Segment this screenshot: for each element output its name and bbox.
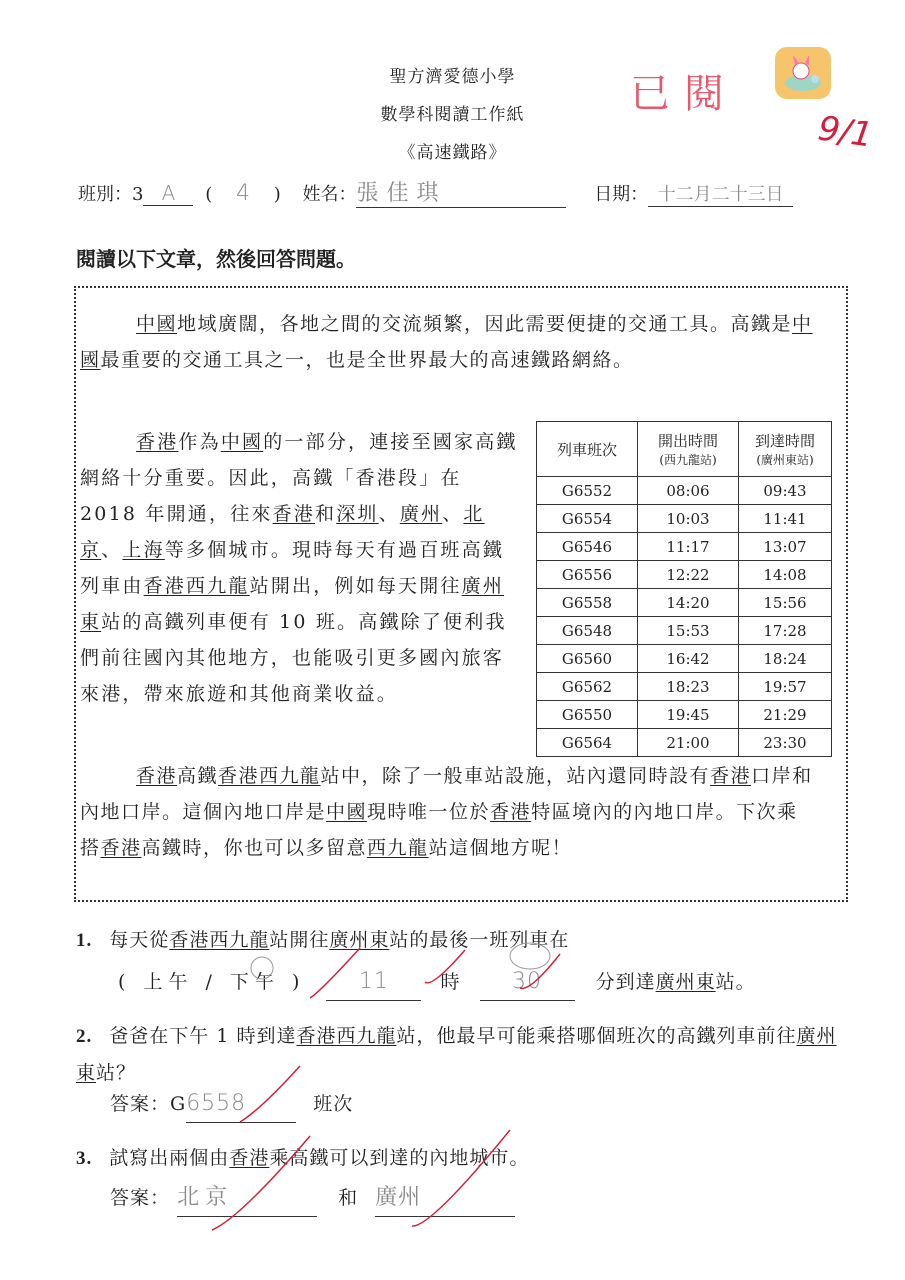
train-timetable: 列車班次 開出時間(西九龍站) 到達時間(廣州東站) G655208:0609:… — [536, 421, 832, 757]
place-name: 香港 — [101, 837, 142, 859]
table-row: G654611:1713:07 — [537, 533, 832, 561]
table-row: G654815:5317:28 — [537, 617, 832, 645]
name-label: 姓名： — [302, 184, 356, 205]
arrival-time: 09:43 — [739, 477, 832, 505]
departure-time: 14:20 — [638, 589, 739, 617]
place-name: 中國 — [136, 313, 177, 335]
passage-text: 站這個地方呢！ — [429, 837, 573, 859]
departure-time: 16:42 — [638, 645, 739, 673]
passage-text: 地域廣闊，各地之間的交流頻繁，因此需要便捷的交通工具。高鐵是 — [177, 313, 792, 335]
score-mark: 9/1 — [815, 108, 875, 155]
col-header-train: 列車班次 — [537, 422, 638, 477]
arrival-time: 11:41 — [739, 505, 832, 533]
school-name: 聖方濟愛德小學 — [0, 62, 905, 87]
train-number: G6548 — [537, 617, 638, 645]
train-number: G6546 — [537, 533, 638, 561]
train-number: G6560 — [537, 645, 638, 673]
place-name: 深圳 — [336, 503, 378, 525]
arrival-time: 14:08 — [739, 561, 832, 589]
date-field[interactable]: 十二月二十三日 — [648, 180, 793, 207]
table-row: G656016:4218:24 — [537, 645, 832, 673]
grading-check-icon — [200, 1110, 560, 1240]
train-number: G6554 — [537, 505, 638, 533]
col-header-depart: 開出時間(西九龍站) — [638, 422, 739, 477]
passage-text: 作為 — [178, 431, 220, 453]
arrival-time: 23:30 — [739, 729, 832, 757]
departure-time: 08:06 — [638, 477, 739, 505]
place-name: 廣州 — [400, 503, 442, 525]
train-number: G6552 — [537, 477, 638, 505]
departure-time: 10:03 — [638, 505, 739, 533]
passage-text: 、 — [101, 539, 122, 561]
student-info-row: 班別：3A ( 4 ) 姓名：張佳琪 日期：十二月二十三日 — [78, 176, 793, 208]
table-row: G655019:4521:29 — [537, 701, 832, 729]
place-name: 西九龍 — [367, 837, 429, 859]
class-label: 班別：3 — [78, 184, 143, 205]
departure-time: 11:17 — [638, 533, 739, 561]
place-name: 上海 — [122, 539, 164, 561]
table-row: G655612:2214:08 — [537, 561, 832, 589]
place-name: 香港 — [136, 431, 178, 453]
place-name: 香港 — [273, 503, 315, 525]
departure-time: 18:23 — [638, 673, 739, 701]
passage-text: 現時唯一位於 — [367, 801, 490, 823]
passage-text: 高鐵 — [177, 765, 218, 787]
arrival-time: 13:07 — [739, 533, 832, 561]
passage-text: 站的高鐵列車便有 10 班。高鐵除了便利我們前往國內其他地方，也能吸引更多國內旅… — [80, 611, 507, 705]
place-name: 香港 — [490, 801, 531, 823]
number-open: ( — [205, 184, 212, 205]
place-name: 香港 — [136, 765, 177, 787]
departure-time: 21:00 — [638, 729, 739, 757]
instruction: 閱讀以下文章，然後回答問題。 — [76, 243, 356, 272]
train-number: G6556 — [537, 561, 638, 589]
read-stamp: 已閱 — [630, 62, 738, 119]
question-2: 2. 爸爸在下午 1 時到達香港西九龍站，他最早可能乘搭哪個班次的高鐵列車前往廣… — [76, 1018, 846, 1091]
passage-text: 、 — [379, 503, 400, 525]
train-number: G6564 — [537, 729, 638, 757]
number-field[interactable]: 4 — [218, 181, 268, 206]
passage-paragraph-2: 香港作為中國的一部分，連接至國家高鐵網絡十分重要。因此，高鐵「香港段」在 201… — [80, 424, 520, 712]
number-close: ) — [274, 184, 281, 205]
worksheet-subject: 數學科閱讀工作紙 — [0, 100, 905, 125]
worksheet-title: 《高速鐵路》 — [0, 138, 905, 163]
departure-time: 15:53 — [638, 617, 739, 645]
date-label: 日期： — [594, 184, 648, 205]
departure-time: 19:45 — [638, 701, 739, 729]
arrival-time: 21:29 — [739, 701, 832, 729]
departure-time: 12:22 — [638, 561, 739, 589]
arrival-time: 18:24 — [739, 645, 832, 673]
train-number: G6550 — [537, 701, 638, 729]
arrival-time: 15:56 — [739, 589, 832, 617]
place-name: 香港西九龍 — [144, 575, 250, 597]
passage-paragraph-1: 中國地域廣闊，各地之間的交流頻繁，因此需要便捷的交通工具。高鐵是中國最重要的交通… — [80, 306, 818, 378]
place-name: 香港西九龍 — [218, 765, 321, 787]
grading-check-icon — [250, 940, 570, 1010]
table-row: G656218:2319:57 — [537, 673, 832, 701]
table-row: G655410:0311:41 — [537, 505, 832, 533]
table-row: G656421:0023:30 — [537, 729, 832, 757]
table-row: G655208:0609:43 — [537, 477, 832, 505]
class-field[interactable]: A — [143, 181, 193, 206]
passage-text: 站中，除了一般車站設施，站內還同時設有 — [321, 765, 711, 787]
train-number: G6562 — [537, 673, 638, 701]
col-header-arrive: 到達時間(廣州東站) — [739, 422, 832, 477]
passage-text: 、 — [442, 503, 463, 525]
arrival-time: 19:57 — [739, 673, 832, 701]
place-name: 中國 — [221, 431, 263, 453]
place-name: 香港 — [710, 765, 751, 787]
passage-text: 高鐵時，你也可以多留意 — [142, 837, 368, 859]
table-row: G655814:2015:56 — [537, 589, 832, 617]
place-name: 中國 — [326, 801, 367, 823]
sticker-icon — [775, 47, 831, 99]
train-number: G6558 — [537, 589, 638, 617]
arrival-time: 17:28 — [739, 617, 832, 645]
name-field[interactable]: 張佳琪 — [356, 176, 566, 208]
passage-paragraph-3: 香港高鐵香港西九龍站中，除了一般車站設施，站內還同時設有香港口岸和內地口岸。這個… — [80, 758, 818, 866]
passage-text: 最重要的交通工具之一，也是全世界最大的高速鐵路網絡。 — [101, 349, 634, 371]
passage-text: 站開出，例如每天開往 — [250, 575, 462, 597]
passage-text: 和 — [315, 503, 336, 525]
